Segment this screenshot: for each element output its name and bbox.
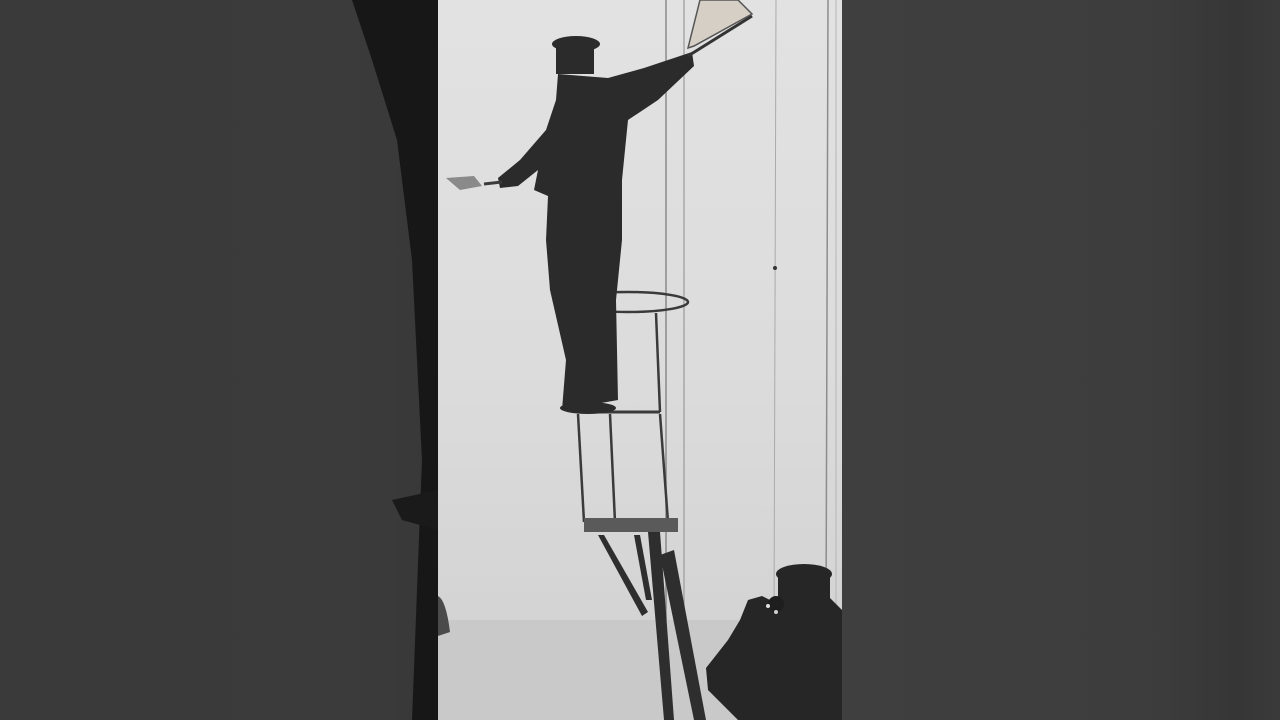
- distant-object: [438, 596, 450, 636]
- blurred-side-panel-right: [842, 0, 1280, 720]
- scene-illustration: [438, 0, 842, 720]
- video-frame[interactable]: [438, 0, 842, 720]
- signalman-silhouette: [498, 36, 694, 414]
- blurred-side-panel-left: [0, 0, 438, 720]
- blurred-figure-shadow: [352, 0, 438, 720]
- platform-base: [584, 518, 678, 532]
